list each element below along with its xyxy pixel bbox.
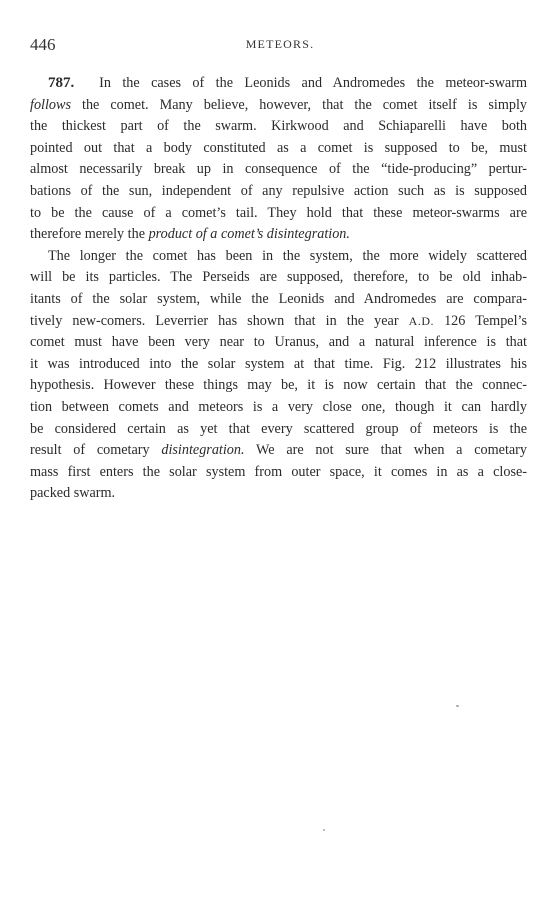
text-segment: packed swarm. — [30, 485, 115, 501]
text-segment: The longer the comet has been in the sys… — [48, 248, 527, 264]
text-line: bations of the sun, independent of any r… — [30, 181, 527, 203]
text-line: result of cometary disintegration. We ar… — [30, 440, 527, 462]
scan-speck — [456, 705, 459, 707]
text-segment: comet must have been very near to Uranus… — [30, 334, 527, 350]
text-segment: pointed out that a body constituted as a… — [30, 140, 527, 156]
text-segment: tion between comets and meteors is a ver… — [30, 399, 527, 415]
book-page: 446 METEORS. 787. In the cases of the Le… — [0, 0, 550, 900]
text-line: be considered certain as yet that every … — [30, 419, 527, 441]
emphasis-text: disintegration. — [161, 442, 244, 458]
era-abbreviation: A.D. — [409, 314, 434, 328]
paragraph-number: 787. — [48, 75, 74, 91]
running-head: 446 METEORS. — [30, 35, 530, 57]
running-title: METEORS. — [30, 37, 530, 52]
scan-speck — [323, 829, 325, 831]
text-segment: will be its particles. The Perseids are … — [30, 269, 527, 285]
text-segment: In the cases of the Leonids and Andromed… — [99, 75, 527, 91]
text-line: hypothesis. However these things may be,… — [30, 375, 527, 397]
text-line: tively new-comers. Leverrier has shown t… — [30, 311, 527, 333]
text-segment: tively new-comers. Leverrier has shown t… — [30, 313, 409, 329]
text-segment: be considered certain as yet that every … — [30, 421, 527, 437]
text-line: follows the comet. Many believe, however… — [30, 95, 527, 117]
text-segment: to be the cause of a comet’s tail. They … — [30, 205, 527, 221]
text-segment: mass first enters the solar system from … — [30, 464, 527, 480]
text-segment: We are not sure that when a cometary — [245, 442, 527, 458]
text-segment: result of cometary — [30, 442, 161, 458]
emphasis-text: product of a comet’s disintegration. — [149, 226, 350, 242]
text-segment: bations of the sun, independent of any r… — [30, 183, 527, 199]
text-line: packed swarm. — [30, 483, 527, 505]
text-segment: the thickest part of the swarm. Kirkwood… — [30, 118, 527, 134]
text-line: itants of the solar system, while the Le… — [30, 289, 527, 311]
text-line: will be its particles. The Perseids are … — [30, 267, 527, 289]
text-segment: hypothesis. However these things may be,… — [30, 377, 527, 393]
text-segment: the comet. Many believe, however, that t… — [71, 97, 527, 113]
text-line: it was introduced into the solar system … — [30, 354, 527, 376]
text-line: almost necessarily break up in consequen… — [30, 159, 527, 181]
text-line: the thickest part of the swarm. Kirkwood… — [30, 116, 527, 138]
text-line: pointed out that a body constituted as a… — [30, 138, 527, 160]
text-line: to be the cause of a comet’s tail. They … — [30, 203, 527, 225]
figure-reference-line: it was introduced into the solar system … — [30, 356, 527, 372]
text-line: 787. In the cases of the Leonids and And… — [30, 73, 527, 95]
text-segment: itants of the solar system, while the Le… — [30, 291, 527, 307]
text-segment: 126 Tempel’s — [434, 313, 527, 329]
text-line: mass first enters the solar system from … — [30, 462, 527, 484]
body-text: 787. In the cases of the Leonids and And… — [30, 73, 527, 505]
emphasis-text: follows — [30, 97, 71, 113]
text-line: The longer the comet has been in the sys… — [30, 246, 527, 268]
text-segment: therefore merely the — [30, 226, 149, 242]
text-segment: almost necessarily break up in consequen… — [30, 161, 527, 177]
text-line: tion between comets and meteors is a ver… — [30, 397, 527, 419]
text-line: comet must have been very near to Uranus… — [30, 332, 527, 354]
text-line: therefore merely the product of a comet’… — [30, 224, 527, 246]
